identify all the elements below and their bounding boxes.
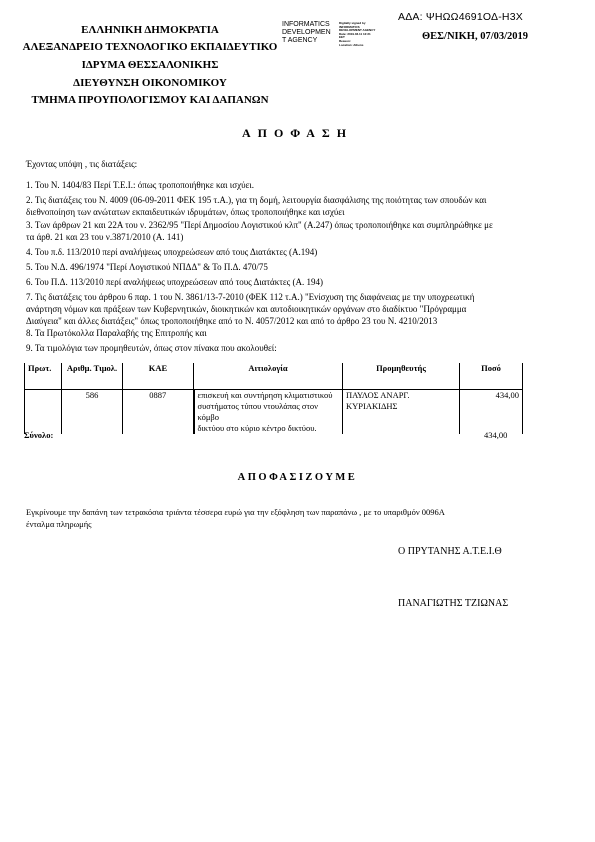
stamp-line: T AGENCY — [282, 37, 331, 45]
intro-text: Έχοντας υπόψη , τις διατάξεις: — [26, 158, 137, 170]
provision-3: 3. Των άρθρων 21 και 22Α του ν. 2362/95 … — [26, 219, 493, 231]
provision-2: 2. Τις διατάξεις του Ν. 4009 (06-09-2011… — [26, 194, 486, 206]
total-label: Σύνολο: — [24, 430, 53, 440]
cell-protocol — [25, 390, 62, 435]
table-header-row: Πρωτ. Αριθμ. Τιμολ. ΚΑΕ Αιτιολογία Προμη… — [25, 363, 523, 390]
invoice-table: Πρωτ. Αριθμ. Τιμολ. ΚΑΕ Αιτιολογία Προμη… — [24, 363, 523, 434]
col-invoice-no: Αριθμ. Τιμολ. — [62, 363, 123, 390]
signature-name: ΠΑΝΑΓΙΩΤΗΣ ΤΖΙΩΝΑΣ — [398, 598, 508, 609]
col-amount: Ποσό — [460, 363, 523, 390]
provision-5: 5. Του Ν.Δ. 496/1974 "Περί Λογιστικού ΝΠ… — [26, 261, 268, 273]
cell-amount: 434,00 — [460, 390, 523, 435]
col-reason: Αιτιολογία — [194, 363, 343, 390]
cell-reason: επισκευή και συντήρηση κλιματιστικού συσ… — [194, 390, 343, 435]
cell-supplier: ΠΑΥΛΟΣ ΑΝΑΡΓ. ΚΥΡΙΑΚΙΔΗΣ — [343, 390, 460, 435]
cell-kae: 0887 — [123, 390, 194, 435]
header-line-institution: ΑΛΕΞΑΝΔΡΕΙΟ ΤΕΧΝΟΛΟΓΙΚΟ ΕΚΠΑΙΔΕΥΤΙΚΟ — [5, 41, 295, 53]
decision-text-line1: Εγκρίνουμε την δαπάνη των τετρακόσια τρι… — [26, 506, 445, 518]
header-line-department: ΤΜΗΜΑ ΠΡΟΥΠΟΛΟΓΙΣΜΟΥ ΚΑΙ ΔΑΠΑΝΩΝ — [0, 94, 300, 106]
signature-role: Ο ΠΡΥΤΑΝΗΣ Α.Τ.Ε.Ι.Θ — [398, 546, 502, 557]
stamp-detail: Location: Athens — [339, 44, 375, 48]
col-protocol: Πρωτ. — [25, 363, 62, 390]
place-date: ΘΕΣ/ΝΙΚΗ, 07/03/2019 — [422, 31, 528, 42]
digital-signature-details: Digitally signed by INFORMATICS DEVELOPM… — [339, 22, 375, 47]
provision-7: 7. Τις διατάξεις του άρθρου 6 παρ. 1 του… — [26, 291, 474, 303]
provision-9: 9. Τα τιμολόγια των προμηθευτών, όπως στ… — [26, 342, 277, 354]
table-row: 586 0887 επισκευή και συντήρηση κλιματισ… — [25, 390, 523, 435]
header-line-institution-city: ΙΔΡΥΜΑ ΘΕΣΣΑΛΟΝΙΚΗΣ — [0, 59, 300, 71]
col-kae: ΚΑΕ — [123, 363, 194, 390]
decision-title: ΑΠΟΦΑΣΙΖΟΥΜΕ — [0, 472, 595, 483]
provision-1: 1. Του Ν. 1404/83 Περί Τ.Ε.Ι.: όπως τροπ… — [26, 179, 254, 191]
provision-3-cont: τα άρθ. 21 και 23 του ν.3871/2010 (Α. 14… — [26, 231, 183, 243]
provision-7-cont: ανάρτηση νόμων και πράξεων των Κυβερνητι… — [26, 303, 466, 315]
provision-4: 4. Του π.δ. 113/2010 περί αναλήψεως υποχ… — [26, 246, 317, 258]
header-line-directorate: ΔΙΕΥΘΥΝΣΗ ΟΙΚΟΝΟΜΙΚΟΥ — [0, 77, 300, 89]
document-title: ΑΠΟΦΑΣΗ — [0, 126, 595, 141]
decision-text-line2: ένταλμα πληρωμής — [26, 518, 92, 530]
provision-8: 8. Τα Πρωτόκολλα Παραλαβής της Επιτροπής… — [26, 327, 207, 339]
provision-2-cont: διεθνοποίηση των ανώτατων εκπαιδευτικών … — [26, 206, 345, 218]
col-supplier: Προμηθευτής — [343, 363, 460, 390]
ada-code: ΑΔΑ: ΨΗΩΩ4691ΟΔ-Η3Χ — [398, 11, 523, 23]
header-line-republic: ΕΛΛΗΝΙΚΗ ΔΗΜΟΚΡΑΤΙΑ — [0, 24, 300, 36]
digital-signature-stamp: INFORMATICS DEVELOPMEN T AGENCY — [282, 21, 331, 45]
provision-7-cont2: Διαύγεια" και άλλες διατάξεις" όπως τροπ… — [26, 315, 437, 327]
stamp-line: INFORMATICS — [282, 21, 331, 29]
total-value: 434,00 — [484, 430, 507, 440]
provision-6: 6. Του Π.Δ. 113/2010 περί αναλήψεως υποχ… — [26, 276, 323, 288]
stamp-line: DEVELOPMEN — [282, 29, 331, 37]
cell-invoice-no: 586 — [62, 390, 123, 435]
